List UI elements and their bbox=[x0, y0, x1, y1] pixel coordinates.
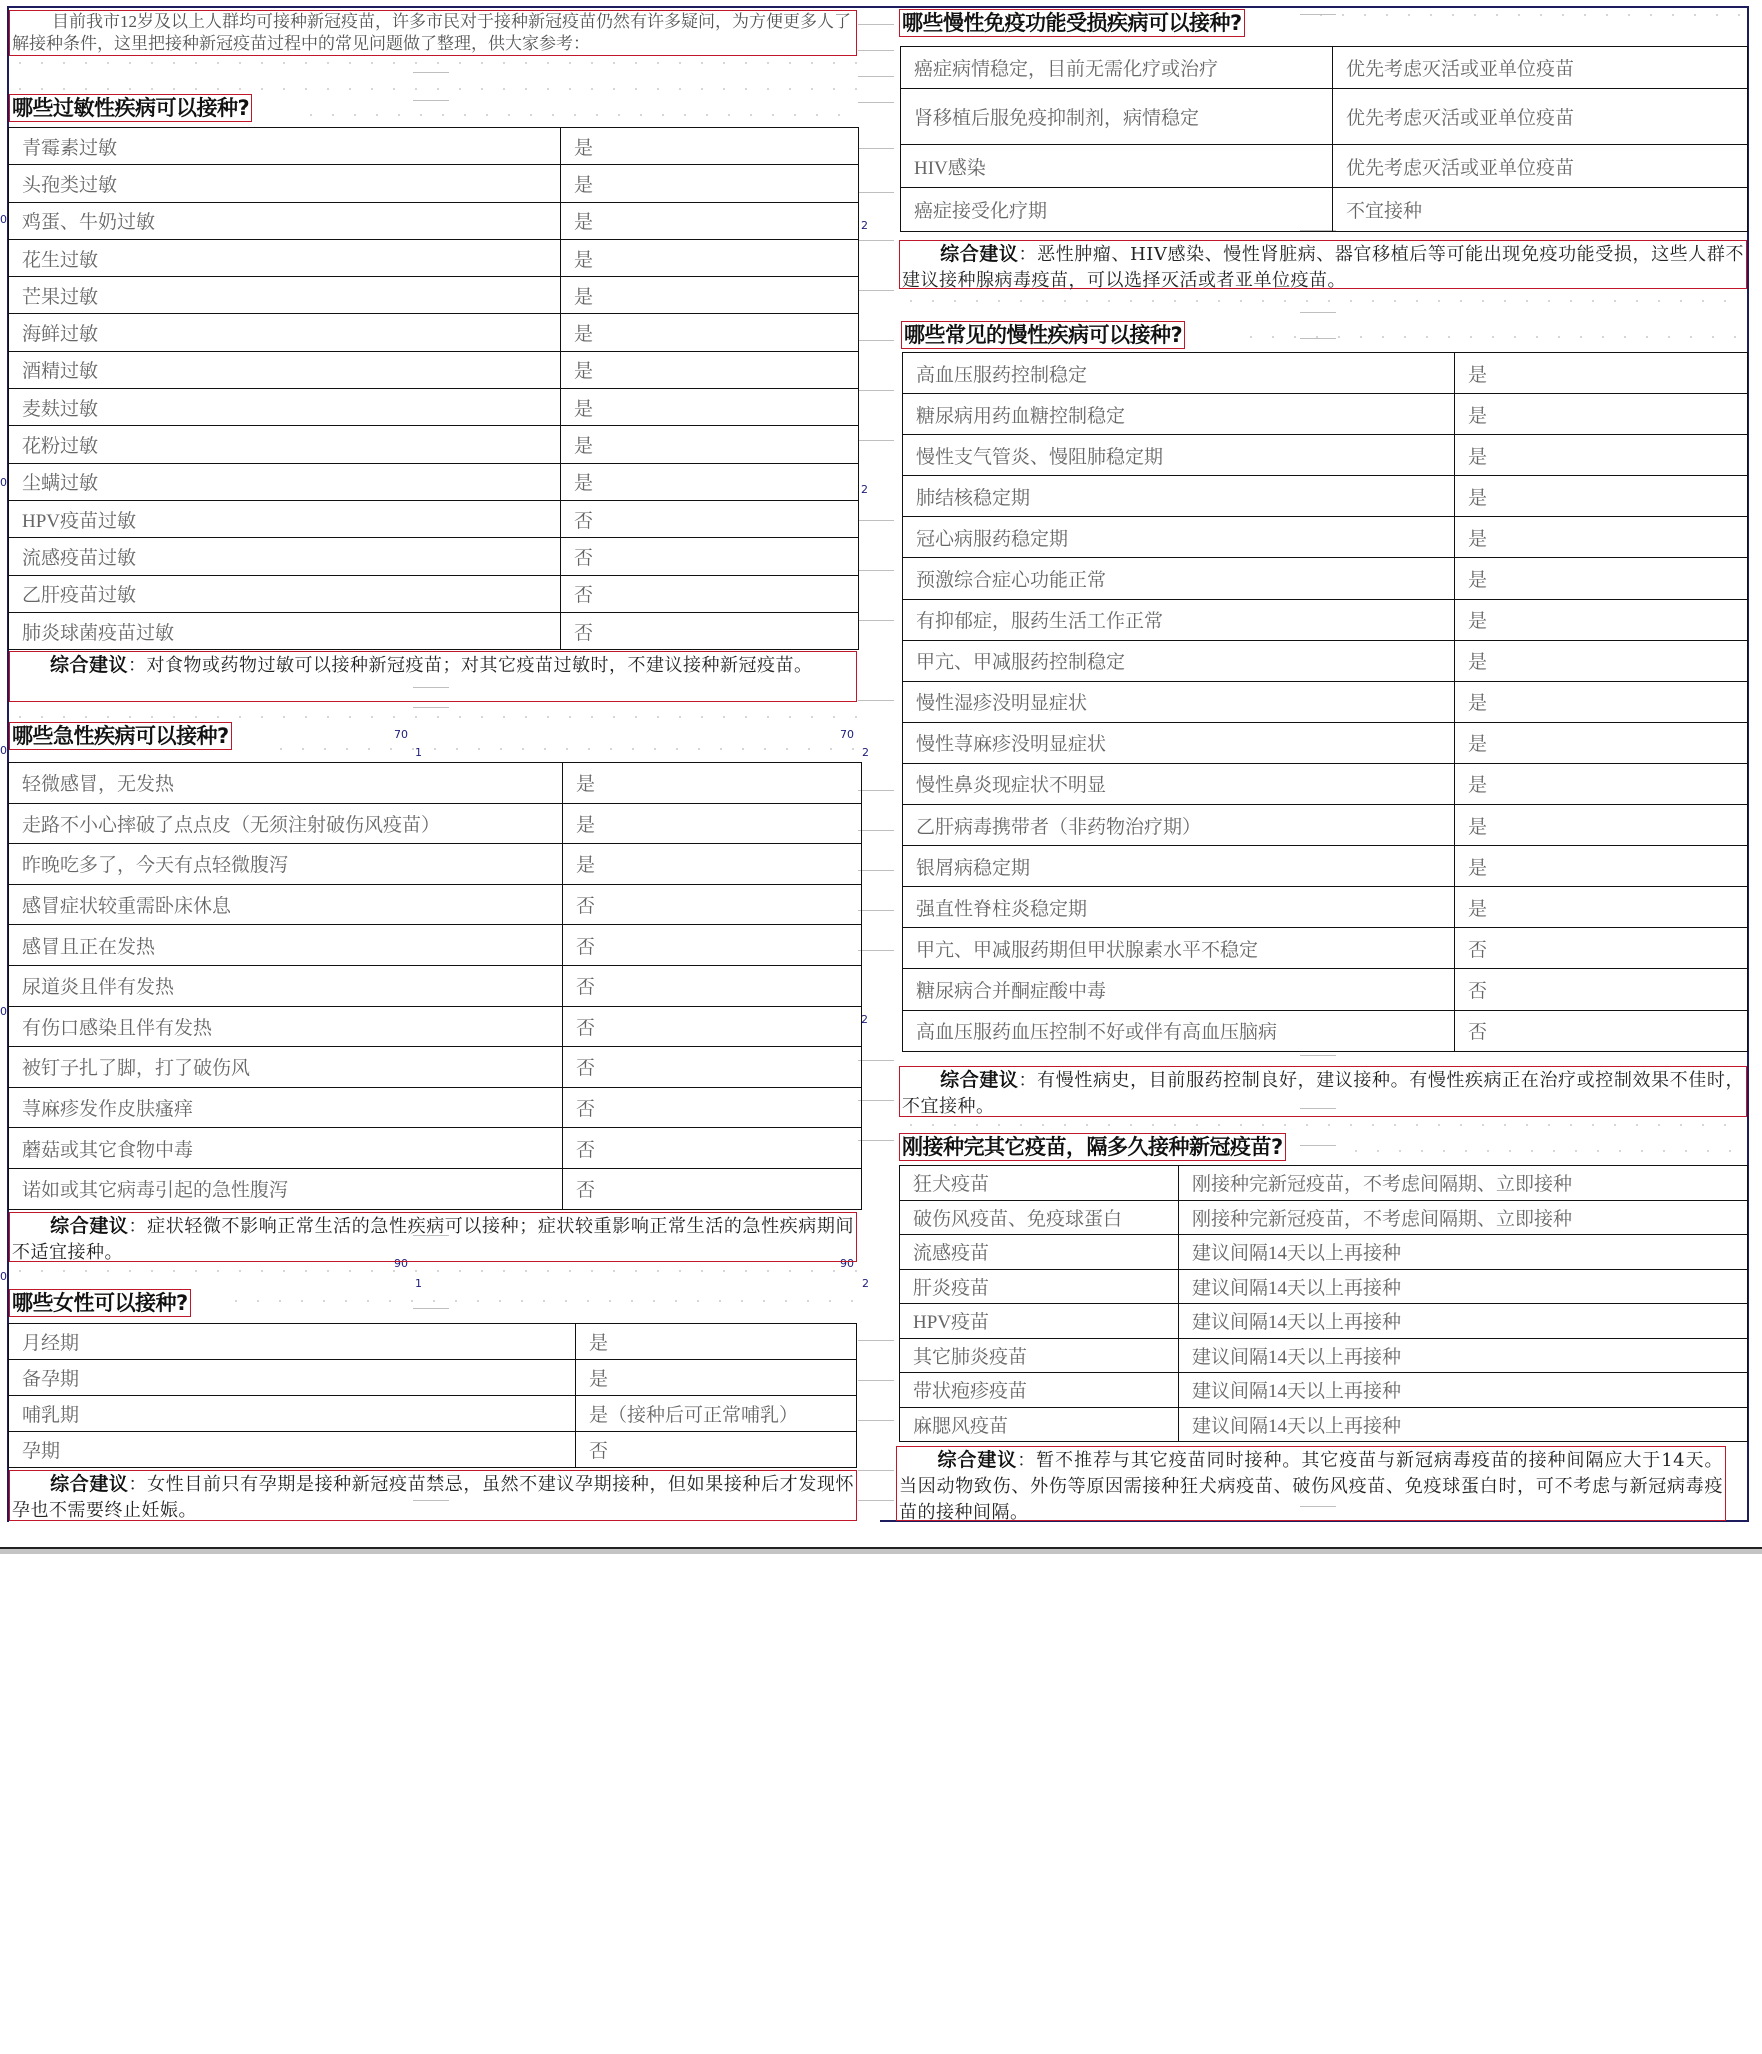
section-heading-chronic: 哪些常见的慢性疾病可以接种? bbox=[901, 321, 1185, 349]
allergy-table: 青霉素过敏是头孢类过敏是鸡蛋、牛奶过敏是花生过敏是芒果过敏是海鲜过敏是酒精过敏是… bbox=[8, 127, 859, 650]
row-item: 蘑菇或其它食物中毒 bbox=[9, 1128, 563, 1169]
gutter-tick bbox=[858, 1380, 894, 1381]
column-marker: 1 bbox=[415, 1278, 422, 1289]
table-row: HPV疫苗过敏否 bbox=[9, 500, 859, 537]
row-answer: 是 bbox=[1455, 805, 1748, 846]
row-answer: 否 bbox=[576, 1432, 857, 1468]
gutter-tick bbox=[858, 870, 894, 871]
row-item: 高血压服药控制稳定 bbox=[903, 353, 1455, 394]
row-answer: 是 bbox=[1455, 599, 1748, 640]
row-item: HPV疫苗过敏 bbox=[9, 500, 561, 537]
advice-label: 综合建议 bbox=[940, 243, 1019, 265]
table-row: 诺如或其它病毒引起的急性腹泻否 bbox=[9, 1168, 862, 1209]
table-row: 有抑郁症，服药生活工作正常是 bbox=[903, 599, 1748, 640]
gutter-tick bbox=[858, 830, 894, 831]
row-answer: 优先考虑灭活或亚单位疫苗 bbox=[1333, 145, 1748, 188]
row-answer: 是 bbox=[561, 463, 859, 500]
table-row: 麻腮风疫苗建议间隔14天以上再接种 bbox=[900, 1407, 1748, 1442]
row-answer: 否 bbox=[563, 1087, 862, 1128]
section-heading-interval: 刚接种完其它疫苗，隔多久接种新冠疫苗? bbox=[899, 1133, 1286, 1161]
advice-box-allergy: 综合建议：对食物或药物过敏可以接种新冠疫苗；对其它疫苗过敏时，不建议接种新冠疫苗… bbox=[9, 651, 857, 702]
column-marker: 2 bbox=[862, 747, 869, 758]
advice-box-immune: 综合建议：恶性肿瘤、HIV感染、慢性肾脏病、器官移植后等可能出现免疫功能受损，这… bbox=[899, 240, 1747, 289]
layout-grid-dots bbox=[1345, 1150, 1746, 1152]
gutter-tick bbox=[858, 1100, 894, 1101]
row-answer: 否 bbox=[563, 884, 862, 925]
table-row: 甲亢、甲减服药控制稳定是 bbox=[903, 640, 1748, 681]
row-answer: 否 bbox=[563, 1047, 862, 1088]
row-answer: 刚接种完新冠疫苗，不考虑间隔期、立即接种 bbox=[1179, 1166, 1748, 1201]
acute-illness-table: 轻微感冒，无发热是走路不小心摔破了点点皮（无须注射破伤风疫苗）是昨晚吃多了，今天… bbox=[8, 762, 862, 1210]
table-row: 癌症病情稳定，目前无需化疗或治疗优先考虑灭活或亚单位疫苗 bbox=[901, 47, 1748, 89]
row-item: 酒精过敏 bbox=[9, 351, 561, 388]
advice-label: 综合建议 bbox=[940, 1069, 1019, 1091]
advice-box-women: 综合建议：女性目前只有孕期是接种新冠疫苗禁忌，虽然不建议孕期接种，但如果接种后才… bbox=[9, 1470, 857, 1521]
table-row: 海鲜过敏是 bbox=[9, 314, 859, 351]
gutter-tick bbox=[858, 390, 894, 391]
row-item: 糖尿病用药血糖控制稳定 bbox=[903, 394, 1455, 435]
row-answer: 是 bbox=[576, 1324, 857, 1360]
advice-label: 综合建议 bbox=[937, 1449, 1017, 1471]
margin-marker: 0 bbox=[0, 477, 7, 488]
row-answer: 是 bbox=[1455, 394, 1748, 435]
chronic-illness-table: 高血压服药控制稳定是糖尿病用药血糖控制稳定是慢性支气管炎、慢阻肺稳定期是肺结核稳… bbox=[902, 352, 1748, 1052]
row-answer: 是 bbox=[1455, 681, 1748, 722]
row-answer: 优先考虑灭活或亚单位疫苗 bbox=[1333, 47, 1748, 89]
table-row: 尘螨过敏是 bbox=[9, 463, 859, 500]
column-marker: 1 bbox=[415, 747, 422, 758]
row-answer: 否 bbox=[561, 575, 859, 612]
gutter-tick bbox=[858, 1140, 894, 1141]
table-row: 冠心病服药稳定期是 bbox=[903, 517, 1748, 558]
row-item: 慢性荨麻疹没明显症状 bbox=[903, 722, 1455, 763]
advice-box-interval: 综合建议：暂不推荐与其它疫苗同时接种。其它疫苗与新冠病毒疫苗的接种间隔应大于14… bbox=[896, 1446, 1726, 1521]
immune-table: 癌症病情稳定，目前无需化疗或治疗优先考虑灭活或亚单位疫苗肾移植后服免疫抑制剂，病… bbox=[900, 46, 1748, 232]
gutter-tick bbox=[1300, 338, 1336, 339]
table-row: 鸡蛋、牛奶过敏是 bbox=[9, 202, 859, 239]
table-row: 备孕期是 bbox=[9, 1360, 857, 1396]
gutter-tick bbox=[858, 1420, 894, 1421]
table-row: 尿道炎且伴有发热否 bbox=[9, 965, 862, 1006]
row-answer: 是 bbox=[563, 844, 862, 885]
row-answer: 是 bbox=[561, 128, 859, 165]
table-row: 哺乳期是（接种后可正常哺乳） bbox=[9, 1396, 857, 1432]
table-row: 慢性支气管炎、慢阻肺稳定期是 bbox=[903, 435, 1748, 476]
table-row: 蘑菇或其它食物中毒否 bbox=[9, 1128, 862, 1169]
row-answer: 是 bbox=[561, 165, 859, 202]
advice-text: ：女性目前只有孕期是接种新冠疫苗禁忌，虽然不建议孕期接种，但如果接种后才发现怀孕… bbox=[12, 1474, 854, 1521]
row-item: 月经期 bbox=[9, 1324, 576, 1360]
layout-grid-dots bbox=[1310, 14, 1746, 16]
table-row: 荨麻疹发作皮肤瘙痒否 bbox=[9, 1087, 862, 1128]
margin-marker: 2 bbox=[861, 484, 868, 495]
table-row: 流感疫苗过敏否 bbox=[9, 538, 859, 575]
row-answer: 否 bbox=[1455, 1010, 1748, 1051]
row-answer: 否 bbox=[561, 612, 859, 649]
gutter-tick bbox=[858, 440, 894, 441]
gutter-tick bbox=[858, 950, 894, 951]
row-answer: 是 bbox=[1455, 763, 1748, 804]
row-answer: 是 bbox=[1455, 558, 1748, 599]
table-row: 流感疫苗建议间隔14天以上再接种 bbox=[900, 1235, 1748, 1270]
row-item: 备孕期 bbox=[9, 1360, 576, 1396]
row-answer: 是 bbox=[563, 803, 862, 844]
row-item: 乙肝疫苗过敏 bbox=[9, 575, 561, 612]
table-row: 昨晚吃多了，今天有点轻微腹泻是 bbox=[9, 844, 862, 885]
row-answer: 是 bbox=[561, 426, 859, 463]
table-row: 慢性荨麻疹没明显症状是 bbox=[903, 722, 1748, 763]
table-row: 花粉过敏是 bbox=[9, 426, 859, 463]
column-marker: 2 bbox=[862, 1278, 869, 1289]
row-answer: 建议间隔14天以上再接种 bbox=[1179, 1407, 1748, 1442]
table-row: 狂犬疫苗刚接种完新冠疫苗，不考虑间隔期、立即接种 bbox=[900, 1166, 1748, 1201]
gutter-tick bbox=[858, 102, 894, 103]
margin-marker: 2 bbox=[861, 1014, 868, 1025]
row-item: 走路不小心摔破了点点皮（无须注射破伤风疫苗） bbox=[9, 803, 563, 844]
gutter-tick bbox=[858, 620, 894, 621]
row-answer: 是 bbox=[576, 1360, 857, 1396]
row-answer: 建议间隔14天以上再接种 bbox=[1179, 1304, 1748, 1339]
gutter-tick bbox=[1300, 1145, 1336, 1146]
row-item: 甲亢、甲减服药期但甲状腺素水平不稳定 bbox=[903, 928, 1455, 969]
table-row: 预激综合症心功能正常是 bbox=[903, 558, 1748, 599]
row-item: HPV疫苗 bbox=[900, 1304, 1179, 1339]
ruler-marker: 70 bbox=[840, 729, 854, 740]
row-item: 其它肺炎疫苗 bbox=[900, 1338, 1179, 1373]
gutter-tick bbox=[858, 76, 894, 77]
margin-marker: 2 bbox=[861, 220, 868, 231]
table-row: 感冒且正在发热否 bbox=[9, 925, 862, 966]
gutter-tick bbox=[858, 570, 894, 571]
gutter-tick bbox=[413, 707, 449, 708]
row-answer: 否 bbox=[563, 1128, 862, 1169]
gutter-tick bbox=[858, 50, 894, 51]
row-answer: 否 bbox=[1455, 928, 1748, 969]
layout-grid-dots bbox=[900, 1124, 1746, 1126]
row-answer: 是 bbox=[561, 389, 859, 426]
row-item: 感冒且正在发热 bbox=[9, 925, 563, 966]
table-row: 高血压服药控制稳定是 bbox=[903, 353, 1748, 394]
row-answer: 是 bbox=[1455, 846, 1748, 887]
row-answer: 否 bbox=[561, 500, 859, 537]
row-item: 乙肝病毒携带者（非药物治疗期） bbox=[903, 805, 1455, 846]
table-row: 甲亢、甲减服药期但甲状腺素水平不稳定否 bbox=[903, 928, 1748, 969]
row-item: 海鲜过敏 bbox=[9, 314, 561, 351]
row-item: 流感疫苗 bbox=[900, 1235, 1179, 1270]
row-answer: 建议间隔14天以上再接种 bbox=[1179, 1373, 1748, 1408]
table-row: 银屑病稳定期是 bbox=[903, 846, 1748, 887]
layout-grid-dots bbox=[225, 1300, 857, 1302]
section-heading-allergy: 哪些过敏性疾病可以接种? bbox=[9, 94, 252, 122]
row-answer: 建议间隔14天以上再接种 bbox=[1179, 1338, 1748, 1373]
row-answer: 是 bbox=[1455, 722, 1748, 763]
advice-text: ：对食物或药物过敏可以接种新冠疫苗；对其它疫苗过敏时，不建议接种新冠疫苗。 bbox=[128, 655, 813, 676]
advice-text: ：恶性肿瘤、HIV感染、慢性肾脏病、器官移植后等可能出现免疫功能受损，这些人群不… bbox=[902, 244, 1744, 291]
page-separator-bar bbox=[0, 1547, 1762, 1554]
row-item: 高血压服药血压控制不好或伴有高血压脑病 bbox=[903, 1010, 1455, 1051]
table-row: 有伤口感染且伴有发热否 bbox=[9, 1006, 862, 1047]
row-item: 肾移植后服免疫抑制剂，病情稳定 bbox=[901, 89, 1333, 145]
table-row: 感冒症状较重需卧床休息否 bbox=[9, 884, 862, 925]
table-row: 酒精过敏是 bbox=[9, 351, 859, 388]
table-row: 走路不小心摔破了点点皮（无须注射破伤风疫苗）是 bbox=[9, 803, 862, 844]
table-row: 芒果过敏是 bbox=[9, 277, 859, 314]
table-row: 糖尿病合并酮症酸中毒否 bbox=[903, 969, 1748, 1010]
row-answer: 否 bbox=[563, 925, 862, 966]
table-row: 带状疱疹疫苗建议间隔14天以上再接种 bbox=[900, 1373, 1748, 1408]
advice-label: 综合建议 bbox=[50, 1473, 129, 1495]
table-row: 肺炎球菌疫苗过敏否 bbox=[9, 612, 859, 649]
table-row: 糖尿病用药血糖控制稳定是 bbox=[903, 394, 1748, 435]
table-row: 癌症接受化疗期不宜接种 bbox=[901, 188, 1748, 232]
row-answer: 是 bbox=[561, 202, 859, 239]
row-answer: 刚接种完新冠疫苗，不考虑间隔期、立即接种 bbox=[1179, 1200, 1748, 1235]
gutter-tick bbox=[858, 24, 894, 25]
row-item: 花粉过敏 bbox=[9, 426, 561, 463]
row-answer: 否 bbox=[563, 1168, 862, 1209]
row-item: 癌症接受化疗期 bbox=[901, 188, 1333, 232]
table-row: 孕期否 bbox=[9, 1432, 857, 1468]
row-item: 芒果过敏 bbox=[9, 277, 561, 314]
gutter-tick bbox=[858, 240, 894, 241]
row-answer: 不宜接种 bbox=[1333, 188, 1748, 232]
gutter-tick bbox=[1300, 14, 1336, 15]
table-row: 月经期是 bbox=[9, 1324, 857, 1360]
row-answer: 是 bbox=[1455, 517, 1748, 558]
row-item: 破伤风疫苗、免疫球蛋白 bbox=[900, 1200, 1179, 1235]
ruler-marker: 70 bbox=[394, 729, 408, 740]
gutter-tick bbox=[1300, 1055, 1336, 1056]
row-item: 诺如或其它病毒引起的急性腹泻 bbox=[9, 1168, 563, 1209]
gutter-tick bbox=[858, 290, 894, 291]
row-item: 流感疫苗过敏 bbox=[9, 538, 561, 575]
row-item: 预激综合症心功能正常 bbox=[903, 558, 1455, 599]
row-item: 慢性支气管炎、慢阻肺稳定期 bbox=[903, 435, 1455, 476]
gutter-tick bbox=[858, 910, 894, 911]
gutter-tick bbox=[858, 1500, 894, 1501]
row-item: 肺结核稳定期 bbox=[903, 476, 1455, 517]
row-answer: 是 bbox=[561, 314, 859, 351]
row-answer: 是 bbox=[1455, 435, 1748, 476]
row-item: 感冒症状较重需卧床休息 bbox=[9, 884, 563, 925]
gutter-tick bbox=[858, 1060, 894, 1061]
row-item: 有伤口感染且伴有发热 bbox=[9, 1006, 563, 1047]
row-item: 肺炎球菌疫苗过敏 bbox=[9, 612, 561, 649]
row-answer: 是 bbox=[563, 763, 862, 804]
row-item: 鸡蛋、牛奶过敏 bbox=[9, 202, 561, 239]
gutter-tick bbox=[858, 1340, 894, 1341]
gutter-tick bbox=[858, 192, 894, 193]
table-row: 头孢类过敏是 bbox=[9, 165, 859, 202]
row-answer: 是 bbox=[1455, 887, 1748, 928]
row-item: 头孢类过敏 bbox=[9, 165, 561, 202]
gutter-tick bbox=[858, 790, 894, 791]
row-answer: 是 bbox=[561, 277, 859, 314]
row-item: 冠心病服药稳定期 bbox=[903, 517, 1455, 558]
row-answer: 是 bbox=[561, 351, 859, 388]
layout-grid-dots bbox=[900, 300, 1746, 302]
table-row: 肝炎疫苗建议间隔14天以上再接种 bbox=[900, 1269, 1748, 1304]
advice-text: ：症状轻微不影响正常生活的急性疾病可以接种；症状较重影响正常生活的急性疾病期间不… bbox=[12, 1216, 854, 1263]
table-row: 青霉素过敏是 bbox=[9, 128, 859, 165]
row-answer: 是 bbox=[1455, 353, 1748, 394]
row-item: 有抑郁症，服药生活工作正常 bbox=[903, 599, 1455, 640]
row-item: 青霉素过敏 bbox=[9, 128, 561, 165]
row-item: 哺乳期 bbox=[9, 1396, 576, 1432]
women-table: 月经期是备孕期是哺乳期是（接种后可正常哺乳）孕期否 bbox=[8, 1323, 857, 1468]
row-item: HIV感染 bbox=[901, 145, 1333, 188]
margin-marker: 0 bbox=[0, 745, 7, 756]
row-answer: 否 bbox=[563, 1006, 862, 1047]
table-row: 肾移植后服免疫抑制剂，病情稳定优先考虑灭活或亚单位疫苗 bbox=[901, 89, 1748, 145]
table-row: 麦麸过敏是 bbox=[9, 389, 859, 426]
section-heading-acute: 哪些急性疾病可以接种? bbox=[9, 722, 232, 750]
row-item: 荨麻疹发作皮肤瘙痒 bbox=[9, 1087, 563, 1128]
advice-box-chronic: 综合建议：有慢性病史，目前服药控制良好，建议接种。有慢性疾病正在治疗或控制效果不… bbox=[899, 1066, 1747, 1117]
table-row: HPV疫苗建议间隔14天以上再接种 bbox=[900, 1304, 1748, 1339]
row-item: 肝炎疫苗 bbox=[900, 1269, 1179, 1304]
row-answer: 优先考虑灭活或亚单位疫苗 bbox=[1333, 89, 1748, 145]
row-answer: 否 bbox=[561, 538, 859, 575]
gutter-tick bbox=[1300, 312, 1336, 313]
row-item: 麻腮风疫苗 bbox=[900, 1407, 1179, 1442]
margin-marker: 0 bbox=[0, 1006, 7, 1017]
gutter-tick bbox=[858, 340, 894, 341]
table-row: 肺结核稳定期是 bbox=[903, 476, 1748, 517]
row-item: 糖尿病合并酮症酸中毒 bbox=[903, 969, 1455, 1010]
section-heading-women: 哪些女性可以接种? bbox=[9, 1289, 191, 1317]
table-row: 慢性湿疹没明显症状是 bbox=[903, 681, 1748, 722]
layout-grid-dots bbox=[300, 114, 857, 116]
row-answer: 建议间隔14天以上再接种 bbox=[1179, 1269, 1748, 1304]
row-item: 被钉子扎了脚，打了破伤风 bbox=[9, 1047, 563, 1088]
gutter-tick bbox=[858, 520, 894, 521]
gutter-tick bbox=[858, 700, 894, 701]
table-row: 花生过敏是 bbox=[9, 239, 859, 276]
table-row: 轻微感冒，无发热是 bbox=[9, 763, 862, 804]
row-item: 银屑病稳定期 bbox=[903, 846, 1455, 887]
intro-text: 目前我市12岁及以上人群均可接种新冠疫苗，许多市民对于接种新冠疫苗仍然有许多疑问… bbox=[12, 12, 851, 53]
layout-grid-dots bbox=[9, 716, 857, 718]
advice-label: 综合建议 bbox=[50, 654, 128, 676]
advice-label: 综合建议 bbox=[50, 1215, 129, 1237]
table-row: 慢性鼻炎现症状不明显是 bbox=[903, 763, 1748, 804]
row-item: 孕期 bbox=[9, 1432, 576, 1468]
row-answer: 否 bbox=[563, 965, 862, 1006]
table-row: 强直性脊柱炎稳定期是 bbox=[903, 887, 1748, 928]
table-row: 乙肝病毒携带者（非药物治疗期）是 bbox=[903, 805, 1748, 846]
row-item: 慢性湿疹没明显症状 bbox=[903, 681, 1455, 722]
row-answer: 是（接种后可正常哺乳） bbox=[576, 1396, 857, 1432]
row-item: 狂犬疫苗 bbox=[900, 1166, 1179, 1201]
row-item: 慢性鼻炎现症状不明显 bbox=[903, 763, 1455, 804]
row-item: 尘螨过敏 bbox=[9, 463, 561, 500]
row-item: 癌症病情稳定，目前无需化疗或治疗 bbox=[901, 47, 1333, 89]
table-row: 乙肝疫苗过敏否 bbox=[9, 575, 859, 612]
advice-text: ：暂不推荐与其它疫苗同时接种。其它疫苗与新冠病毒疫苗的接种间隔应大于14天。当因… bbox=[899, 1450, 1723, 1523]
row-item: 甲亢、甲减服药控制稳定 bbox=[903, 640, 1455, 681]
gutter-tick bbox=[413, 72, 449, 73]
row-answer: 是 bbox=[561, 239, 859, 276]
margin-marker: 0 bbox=[0, 214, 7, 225]
row-item: 昨晚吃多了，今天有点轻微腹泻 bbox=[9, 844, 563, 885]
intro-paragraph: 目前我市12岁及以上人群均可接种新冠疫苗，许多市民对于接种新冠疫苗仍然有许多疑问… bbox=[9, 10, 857, 56]
row-item: 尿道炎且伴有发热 bbox=[9, 965, 563, 1006]
table-row: 被钉子扎了脚，打了破伤风否 bbox=[9, 1047, 862, 1088]
layout-grid-dots bbox=[9, 88, 857, 90]
row-item: 带状疱疹疫苗 bbox=[900, 1373, 1179, 1408]
row-answer: 是 bbox=[1455, 640, 1748, 681]
table-row: 高血压服药血压控制不好或伴有高血压脑病否 bbox=[903, 1010, 1748, 1051]
row-answer: 是 bbox=[1455, 476, 1748, 517]
advice-text: ：有慢性病史，目前服药控制良好，建议接种。有慢性疾病正在治疗或控制效果不佳时，不… bbox=[902, 1070, 1744, 1117]
gutter-tick bbox=[858, 1470, 894, 1471]
table-row: HIV感染优先考虑灭活或亚单位疫苗 bbox=[901, 145, 1748, 188]
table-row: 破伤风疫苗、免疫球蛋白刚接种完新冠疫苗，不考虑间隔期、立即接种 bbox=[900, 1200, 1748, 1235]
row-answer: 建议间隔14天以上再接种 bbox=[1179, 1235, 1748, 1270]
gutter-tick bbox=[413, 100, 449, 101]
section-heading-immune: 哪些慢性免疫功能受损疾病可以接种? bbox=[899, 9, 1245, 37]
vaccine-interval-table: 狂犬疫苗刚接种完新冠疫苗，不考虑间隔期、立即接种破伤风疫苗、免疫球蛋白刚接种完新… bbox=[899, 1165, 1748, 1442]
gutter-tick bbox=[413, 1308, 449, 1309]
row-item: 花生过敏 bbox=[9, 239, 561, 276]
row-item: 强直性脊柱炎稳定期 bbox=[903, 887, 1455, 928]
row-item: 麦麸过敏 bbox=[9, 389, 561, 426]
layout-grid-dots bbox=[9, 62, 857, 64]
gutter-tick bbox=[858, 148, 894, 149]
row-item: 轻微感冒，无发热 bbox=[9, 763, 563, 804]
layout-grid-dots bbox=[270, 748, 857, 750]
advice-box-acute: 综合建议：症状轻微不影响正常生活的急性疾病可以接种；症状较重影响正常生活的急性疾… bbox=[9, 1212, 857, 1262]
table-row: 其它肺炎疫苗建议间隔14天以上再接种 bbox=[900, 1338, 1748, 1373]
row-answer: 否 bbox=[1455, 969, 1748, 1010]
layout-grid-dots bbox=[9, 1270, 857, 1272]
margin-marker: 0 bbox=[0, 1271, 7, 1282]
